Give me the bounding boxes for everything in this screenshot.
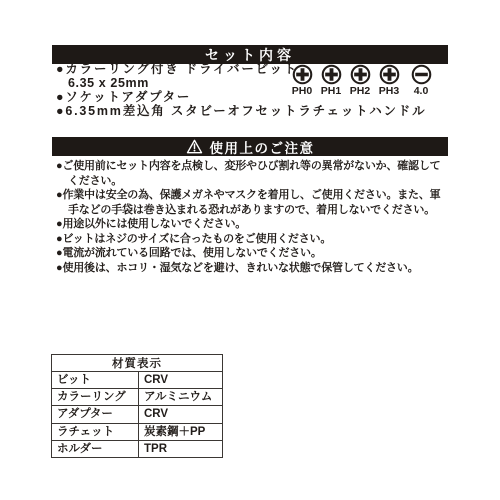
material-cell: CRV [139,372,223,389]
bit-slotted-40: 4.0 [406,64,436,97]
list-item: ●6.35mm差込角 スタビーオフセットラチェットハンドル [56,104,426,118]
precautions-header-label: 使用上のご注意 [210,137,315,157]
material-cell: アルミニウム [139,389,223,406]
phillips-bit-icon [321,64,342,85]
notice-line: ●ビットはネジのサイズに合ったものをご使用ください。 [56,232,440,247]
notice-line: ください。 [56,174,440,189]
bit-ph2: PH2 [345,64,375,97]
part-cell: アダプター [52,406,139,423]
notice-line: ●用途以外には使用しないでください。 [56,217,440,232]
part-cell: カラーリング [52,389,139,406]
phillips-bit-icon [379,64,400,85]
bit-label: PH2 [345,86,375,97]
bit-label: PH3 [374,86,404,97]
bit-label: PH1 [316,86,346,97]
bit-label: PH0 [287,86,317,97]
material-table: 材質表示 ビット CRV カラーリング アルミニウム アダプター CRV ラチェ… [51,354,223,458]
phillips-bit-icon [292,64,313,85]
table-header-row: 材質表示 [52,355,223,372]
table-row: ホルダー TPR [52,440,223,457]
table-row: ラチェット 炭素鋼＋PP [52,423,223,440]
table-row: アダプター CRV [52,406,223,423]
part-cell: ラチェット [52,423,139,440]
notice-line: ●電流が流れている回路では、使用しないでください。 [56,246,440,261]
product-info-sheet: セット内容 ●カラーリング付き ドライバービット 6.35 x 25mm ●ソケ… [0,0,500,500]
notice-line: 手などの手袋は巻き込まれる恐れがありますので、着用しないでください。 [56,203,440,218]
bit-label: 4.0 [406,86,436,97]
bit-ph3: PH3 [374,64,404,97]
table-row: ビット CRV [52,372,223,389]
part-cell: ホルダー [52,440,139,457]
slotted-bit-icon [411,64,432,85]
material-cell: 炭素鋼＋PP [139,423,223,440]
notice-line: ●ご使用前にセット内容を点検し、変形やひび割れ等の異常がないか、確認して [56,159,440,174]
notice-line: ●作業中は安全の為、保護メガネやマスクを着用し、ご使用ください。また、軍 [56,188,440,203]
material-cell: TPR [139,440,223,457]
notice-line: ●使用後は、ホコリ・湿気などを避け、きれいな状態で保管してください。 [56,261,440,276]
material-table-title: 材質表示 [52,355,223,372]
precautions-list: ●ご使用前にセット内容を点検し、変形やひび割れ等の異常がないか、確認して くださ… [56,159,440,275]
bit-ph1: PH1 [316,64,346,97]
bit-ph0: PH0 [287,64,317,97]
material-cell: CRV [139,406,223,423]
part-cell: ビット [52,372,139,389]
precautions-header: 使用上のご注意 [52,137,448,156]
phillips-bit-icon [350,64,371,85]
table-row: カラーリング アルミニウム [52,389,223,406]
warning-triangle-icon [186,139,203,154]
